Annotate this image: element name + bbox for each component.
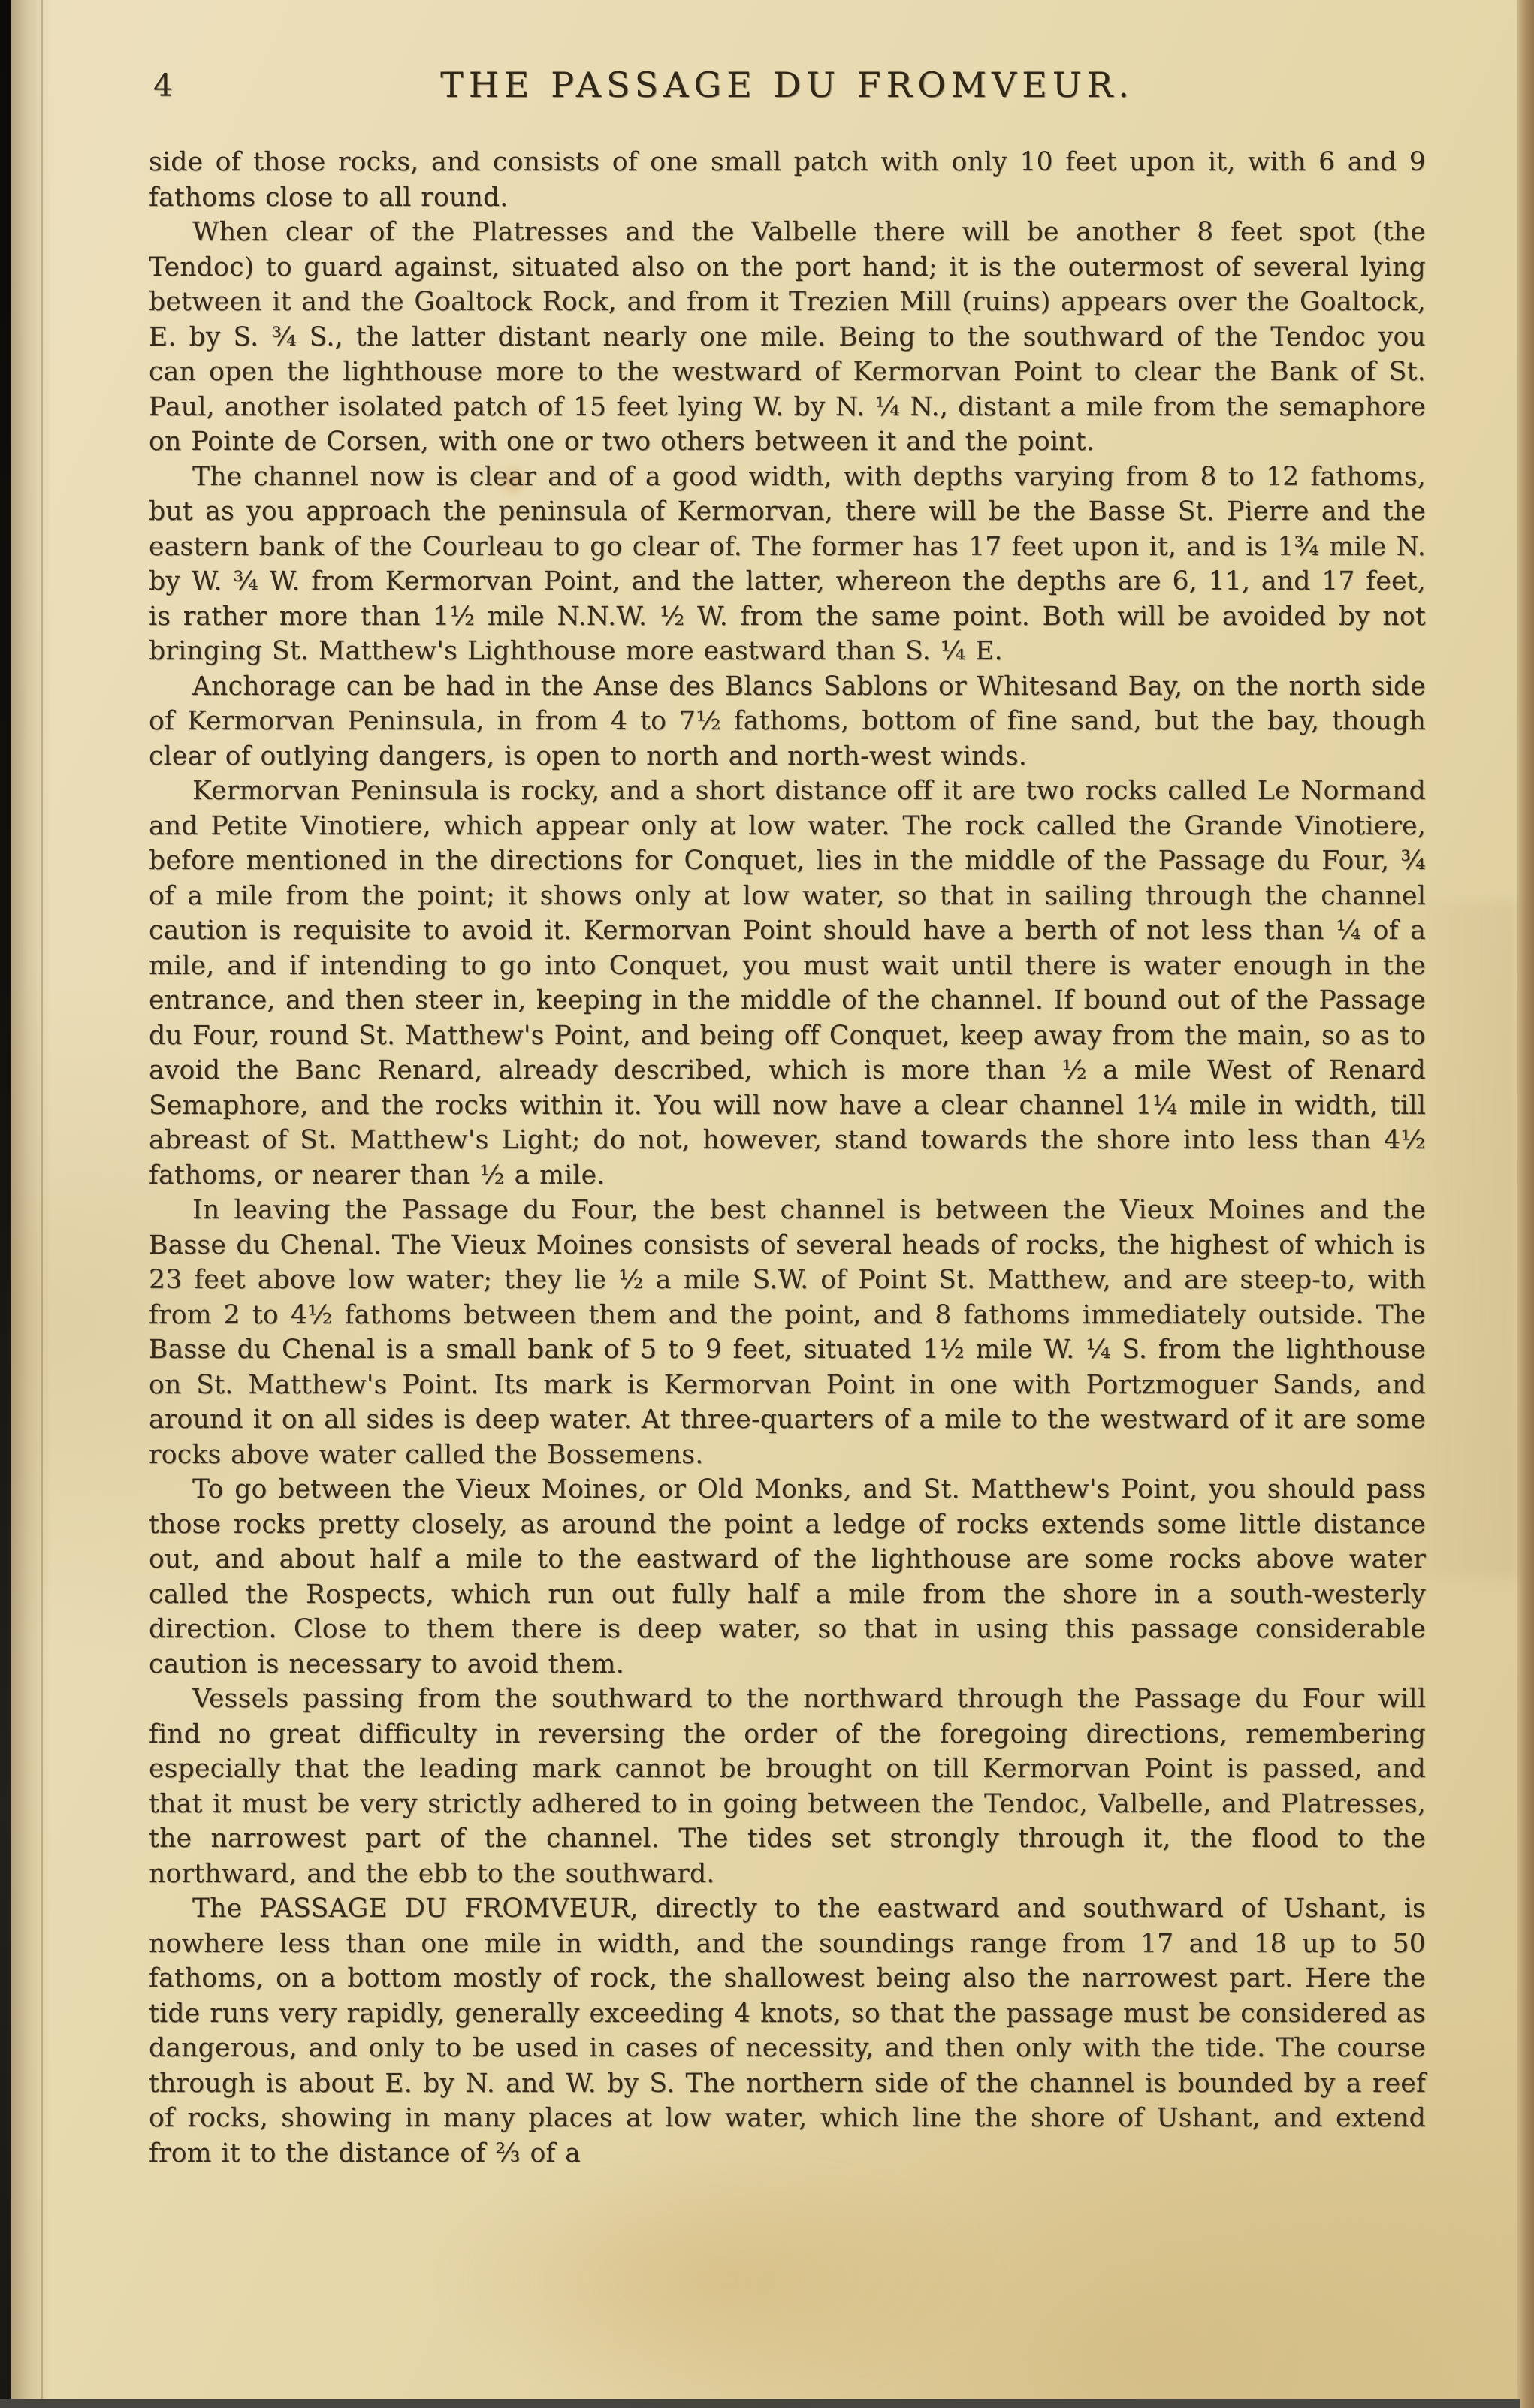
paragraph: In leaving the Passage du Four, the best…	[149, 1193, 1426, 1472]
book-edge-right	[1517, 0, 1534, 2408]
scan-edge-left	[0, 0, 11, 2408]
body-text: side of those rocks, and consists of one…	[149, 145, 1426, 2171]
paragraph: The channel now is clear and of a good w…	[149, 460, 1426, 669]
scanned-book-page: 4 THE PASSAGE DU FROMVEUR. side of those…	[0, 0, 1534, 2408]
page-gutter-shadow	[11, 0, 50, 2408]
running-title: THE PASSAGE DU FROMVEUR.	[149, 65, 1426, 105]
page-crease-line	[41, 0, 43, 2408]
paragraph: Anchorage can be had in the Anse des Bla…	[149, 669, 1426, 774]
paragraph: The PASSAGE DU FROMVEUR, directly to the…	[149, 1891, 1426, 2171]
paragraph: When clear of the Platresses and the Val…	[149, 215, 1426, 460]
scan-edge-bottom	[0, 2399, 1520, 2408]
page-header: 4 THE PASSAGE DU FROMVEUR.	[149, 65, 1426, 113]
paragraph: Vessels passing from the southward to th…	[149, 1682, 1426, 1891]
paragraph: To go between the Vieux Moines, or Old M…	[149, 1472, 1426, 1682]
paragraph: Kermorvan Peninsula is rocky, and a shor…	[149, 774, 1426, 1193]
paragraph: side of those rocks, and consists of one…	[149, 145, 1426, 215]
